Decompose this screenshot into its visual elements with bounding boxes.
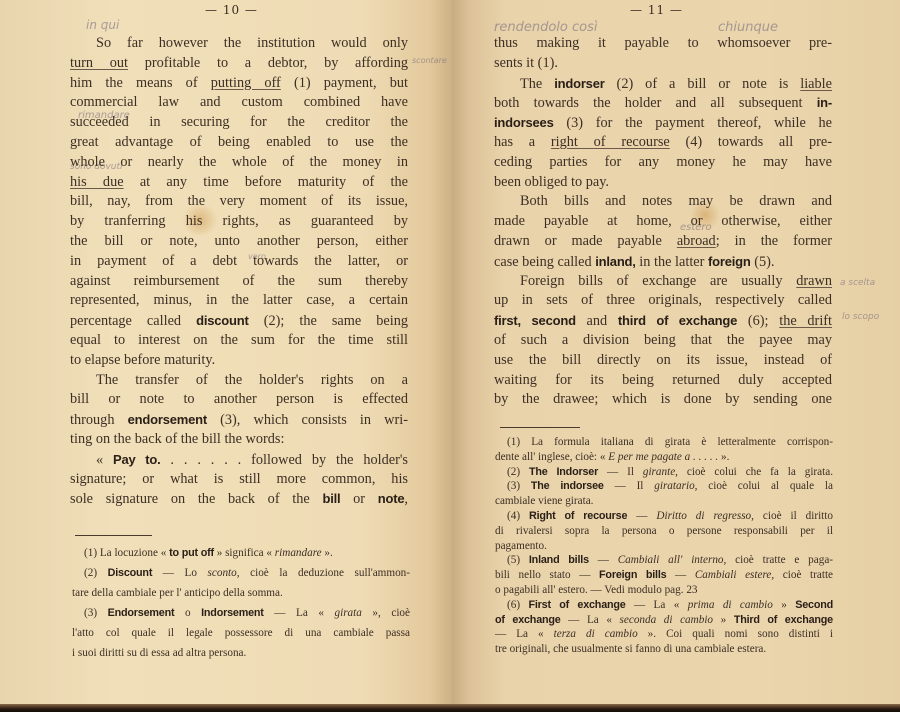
right-footnotes: (1) La formula italiana di girata è lett… [495, 435, 833, 657]
footnote-continued: tare della cambiale per l' anticipo dell… [72, 583, 410, 603]
text-line: in payment of a debt towards the latter,… [70, 252, 408, 272]
footnote-continued: i suoi diritti su di essa ad altra perso… [72, 643, 410, 663]
text-line: the bill or note, unto another person, e… [70, 232, 408, 252]
footnote: (2) The Indorser — Il girante, cioè colu… [495, 465, 833, 480]
text-line: commercial law and custom combined have [70, 93, 408, 113]
text-line: made payable at home, or otherwise, eith… [494, 212, 832, 232]
pencil-annotation: rendendolo così [494, 20, 597, 35]
text-line: indorsees (3) for the payment thereof, w… [494, 113, 832, 133]
footnote: (3) The indorsee — Il giratario, cioè co… [495, 479, 833, 494]
text-line: thus making it payable to whomsoever pre… [494, 34, 832, 54]
text-line: use the bill directly on its issue, inst… [494, 351, 832, 371]
text-line: up in sets of three originals, respectiv… [494, 291, 832, 311]
right-page: — 11 — rendendolo così chiunque estero a… [452, 0, 900, 706]
footnote: (1) La locuzione « to put off » signific… [72, 543, 410, 563]
footnote-continued: pagamento. [495, 539, 833, 554]
text-line: through endorsement (3), which consists … [70, 410, 408, 430]
text-line: whole or nearly the whole of the money i… [70, 153, 408, 173]
text-line: percentage called discount (2); the same… [70, 311, 408, 331]
pencil-annotation: chiunque [718, 20, 778, 35]
text-line: sole signature on the back of the bill o… [70, 489, 408, 509]
footnote: (5) Inland bills — Cambiali all' interno… [495, 553, 833, 568]
book-spread: — 10 — in qui rimandare scontare sono do… [0, 0, 900, 706]
text-line: first, second and third of exchange (6);… [494, 311, 832, 331]
text-line: « Pay to. . . . . . . followed by the ho… [70, 450, 408, 470]
text-line: bill or note to another person is effect… [70, 390, 408, 410]
text-line: So far however the institution would onl… [70, 34, 408, 54]
footnote-continued: dente all' inglese, cioè: « E per me pag… [495, 450, 833, 465]
footnote-continued: cambiale viene girata. [495, 494, 833, 509]
text-line: has a right of recourse (4) towards all … [494, 133, 832, 153]
footnote-continued: di rivalersi sopra la persona o persone … [495, 524, 833, 539]
text-line: Foreign bills of exchange are usually dr… [494, 272, 832, 292]
text-line: equal to interest on the sum for the tim… [70, 331, 408, 351]
text-line: represented, minus, in the latter case, … [70, 291, 408, 311]
pencil-annotation: scontare [412, 56, 447, 65]
footnote: (3) Endorsement o Indorsement — La « gir… [72, 603, 410, 623]
footnote: (6) First of exchange — La « prima di ca… [495, 598, 833, 613]
footnote: (4) Right of recourse — Diritto di regre… [495, 509, 833, 524]
pencil-annotation: lo scopo [842, 312, 879, 322]
footnote: (2) Discount — Lo sconto, cioè la deduzi… [72, 563, 410, 583]
book-bottom-edge [0, 704, 900, 712]
page-number: — 11 — [630, 3, 683, 17]
text-line: turn out profitable to a debtor, by affo… [70, 54, 408, 74]
text-line: ceding parties for any money he may have [494, 153, 832, 173]
footnote: (1) La formula italiana di girata è lett… [495, 435, 833, 450]
text-line: The transfer of the holder's rights on a [70, 371, 408, 391]
text-line: against reimbursement of the sum thereby [70, 272, 408, 292]
right-body-text: thus making it payable to whomsoever pre… [494, 34, 832, 410]
text-line: of such a division being that the payee … [494, 331, 832, 351]
text-line: Both bills and notes may be drawn and [494, 192, 832, 212]
text-line: great advantage of being enabled to use … [70, 133, 408, 153]
text-line: case being called inland, in the latter … [494, 252, 832, 272]
footnote-continued: o pagabili all' estero. — Vedi modulo pa… [495, 583, 833, 598]
footnote-continued: tre originali, che usualmente si fanno d… [495, 642, 833, 657]
text-line: The indorser (2) of a bill or note is li… [494, 74, 832, 94]
text-line: sents it (1). [494, 54, 832, 74]
left-body-text: So far however the institution would onl… [70, 34, 408, 509]
footnote-continued: of exchange — La « seconda di cambio » T… [495, 613, 833, 628]
page-number: — 10 — [205, 3, 258, 17]
text-line: him the means of putting off (1) payment… [70, 74, 408, 94]
text-line: by the drawee; which is done by sending … [494, 390, 832, 410]
footnote-rule [75, 535, 152, 536]
text-line: been obliged to pay. [494, 173, 832, 193]
text-line: signature; or what is still more common,… [70, 470, 408, 490]
pencil-annotation: in qui [86, 18, 119, 32]
pencil-annotation: a scelta [840, 278, 875, 288]
left-footnotes: (1) La locuzione « to put off » signific… [72, 543, 410, 663]
footnote-rule [500, 427, 580, 428]
left-page: — 10 — in qui rimandare scontare sono do… [0, 0, 452, 706]
text-line: waiting for its being returned duly acce… [494, 371, 832, 391]
footnote-continued: bili nello stato — Foreign bills — Cambi… [495, 568, 833, 583]
text-line: ting on the back of the bill the words: [70, 430, 408, 450]
text-line: by tranferring his rights, as guaranteed… [70, 212, 408, 232]
text-line: both towards the holder and all subseque… [494, 93, 832, 113]
text-line: succeeded in securing for the creditor t… [70, 113, 408, 133]
text-line: bill, nay, from the very moment of its i… [70, 192, 408, 212]
text-line: his due at any time before maturity of t… [70, 173, 408, 193]
footnote-continued: — La « terza di cambio ». Coi quali nomi… [495, 627, 833, 642]
footnote-continued: l'atto col quale il legale possessore di… [72, 623, 410, 643]
text-line: drawn or made payable abroad; in the for… [494, 232, 832, 252]
text-line: to elapse before maturity. [70, 351, 408, 371]
